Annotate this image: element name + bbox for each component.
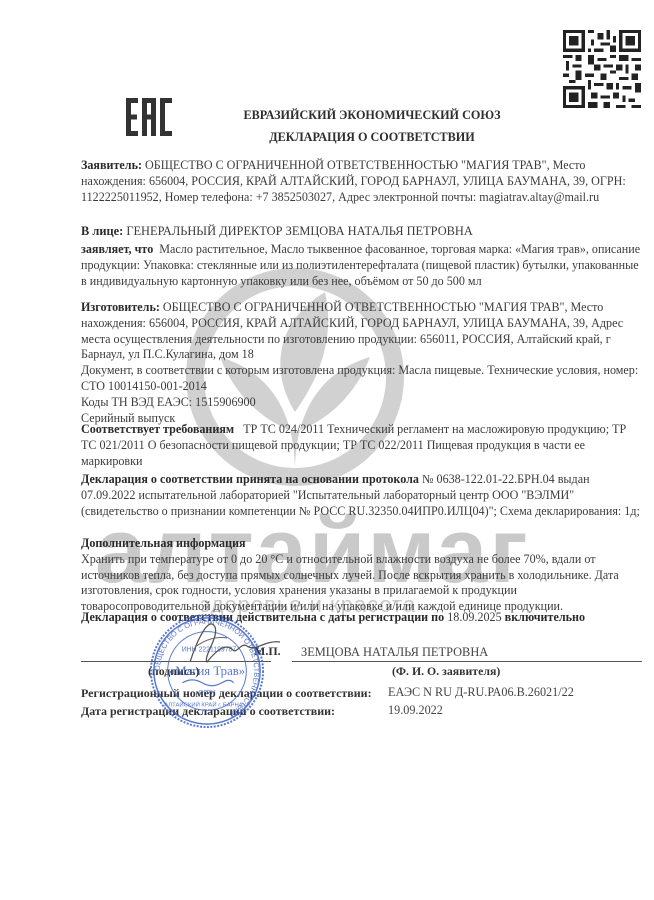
name-caption: (Ф. И. О. заявителя) (392, 664, 500, 679)
requirements-label: Соответствует требованиям (81, 422, 234, 436)
applicant-text: ОБЩЕСТВО С ОГРАНИЧЕННОЙ ОТВЕТСТВЕННОСТЬЮ… (81, 158, 626, 204)
declares-section: заявляет, что Масло растительное, Масло … (81, 242, 641, 289)
applicant-section: Заявитель: ОБЩЕСТВО С ОГРАНИЧЕННОЙ ОТВЕТ… (81, 158, 641, 205)
manufacturer-section: Изготовитель: ОБЩЕСТВО С ОГРАНИЧЕННОЙ ОТ… (81, 300, 641, 426)
declaration-page: алтаймаг здоровье и красота (0, 0, 654, 900)
registration-number-value: ЕАЭС N RU Д-RU.РА06.В.26021/22 (388, 685, 574, 700)
qr-code-icon[interactable] (563, 30, 641, 108)
manufacturer-document: Документ, в соответствии с которым изгот… (81, 363, 641, 395)
requirements-section: Соответствует требованиям ТР ТС 024/2011… (81, 422, 641, 469)
handwritten-signature-icon (185, 612, 305, 672)
basis-section: Декларация о соответствии принята на осн… (81, 472, 641, 519)
validity-date: 18.09.2025 (447, 610, 501, 624)
validity-suffix: включительно (505, 610, 585, 624)
representative-text: ГЕНЕРАЛЬНЫЙ ДИРЕКТОР ЗЕМЦОВА НАТАЛЬЯ ПЕТ… (126, 224, 473, 238)
signer-name: ЗЕМЦОВА НАТАЛЬЯ ПЕТРОВНА (301, 645, 488, 660)
stamp-bottom: АЛТАЙСКИЙ КРАЙ г. БАРНАУЛ (164, 700, 250, 708)
document-title: ДЕКЛАРАЦИЯ О СООТВЕТСТВИИ (0, 130, 654, 145)
representative-section: В лице: ГЕНЕРАЛЬНЫЙ ДИРЕКТОР ЗЕМЦОВА НАТ… (81, 224, 641, 240)
representative-label: В лице: (81, 224, 123, 238)
declares-text: Масло растительное, Масло тыквенное фасо… (81, 242, 640, 288)
registration-date-value: 19.09.2022 (388, 703, 443, 718)
additional-section: Дополнительная информация Хранить при те… (81, 536, 641, 615)
declares-label: заявляет, что (81, 242, 153, 256)
name-line (292, 661, 642, 662)
applicant-label: Заявитель: (81, 158, 142, 172)
manufacturer-text: ОБЩЕСТВО С ОГРАНИЧЕННОЙ ОТВЕТСТВЕННОСТЬЮ… (81, 300, 623, 361)
stamp-ogrn: ОГРН (198, 690, 216, 697)
basis-label: Декларация о соответствии принята на осн… (81, 472, 419, 486)
additional-label: Дополнительная информация (81, 536, 641, 552)
additional-text: Хранить при температуре от 0 до 20 °С и … (81, 552, 641, 615)
manufacturer-label: Изготовитель: (81, 300, 160, 314)
union-heading: ЕВРАЗИЙСКИЙ ЭКОНОМИЧЕСКИЙ СОЮЗ (0, 108, 654, 123)
manufacturer-codes: Коды ТН ВЭД ЕАЭС: 1515906900 (81, 395, 641, 411)
